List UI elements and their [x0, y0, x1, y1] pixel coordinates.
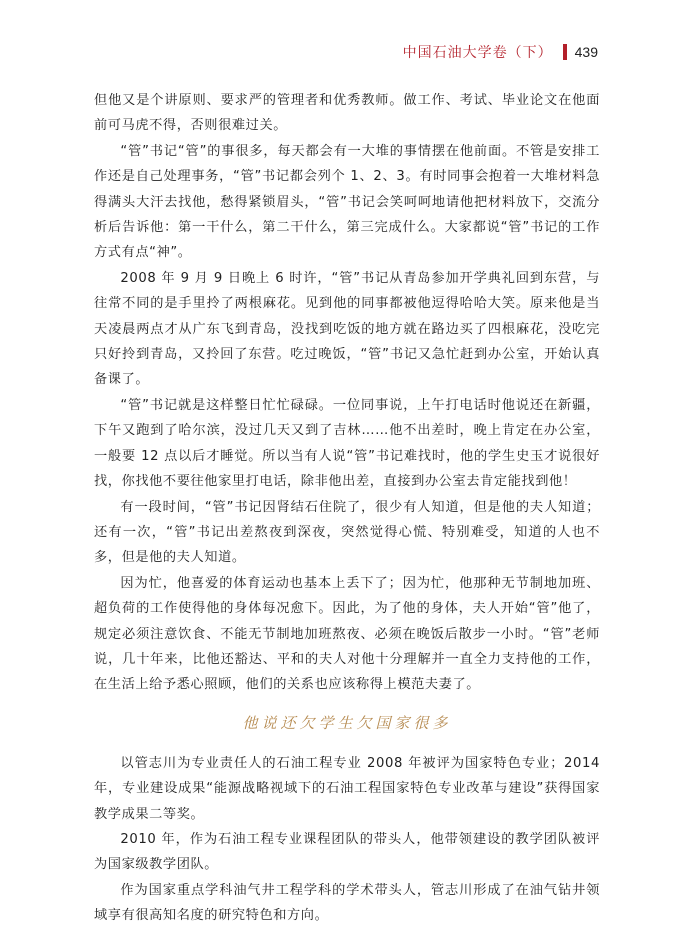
running-header: 中国石油大学卷（下） 439: [403, 40, 598, 64]
paragraph: 作为国家重点学科油气井工程学科的学术带头人，管志川形成了在油气钻井领域享有很高知…: [94, 878, 600, 929]
page-body: 但他又是个讲原则、要求严的管理者和优秀教师。做工作、考试、毕业论文在他面前可马虎…: [94, 88, 600, 929]
paragraph: 2008 年 9 月 9 日晚上 6 时许，“管”书记从青岛参加开学典礼回到东营…: [94, 266, 600, 393]
paragraph: 因为忙，他喜爱的体育运动也基本上丢下了；因为忙，他那种无节制地加班、超负荷的工作…: [94, 571, 600, 698]
paragraph: 但他又是个讲原则、要求严的管理者和优秀教师。做工作、考试、毕业论文在他面前可马虎…: [94, 88, 600, 139]
paragraph: “管”书记就是这样整日忙忙碌碌。一位同事说，上午打电话时他说还在新疆，下午又跑到…: [94, 393, 600, 495]
header-divider: [563, 44, 567, 60]
book-title: 中国石油大学卷（下）: [403, 42, 553, 62]
paragraph: “管”书记“管”的事很多，每天都会有一大堆的事情摆在他前面。不管是安排工作还是自…: [94, 139, 600, 266]
paragraph: 有一段时间，“管”书记因肾结石住院了，很少有人知道，但是他的夫人知道；还有一次，…: [94, 495, 600, 571]
page-number: 439: [575, 44, 598, 60]
paragraph: 以管志川为专业责任人的石油工程专业 2008 年被评为国家特色专业；2014 年…: [94, 751, 600, 827]
section-heading: 他说还欠学生欠国家很多: [94, 712, 600, 734]
paragraph: 2010 年，作为石油工程专业课程团队的带头人，他带领建设的教学团队被评为国家级…: [94, 827, 600, 878]
